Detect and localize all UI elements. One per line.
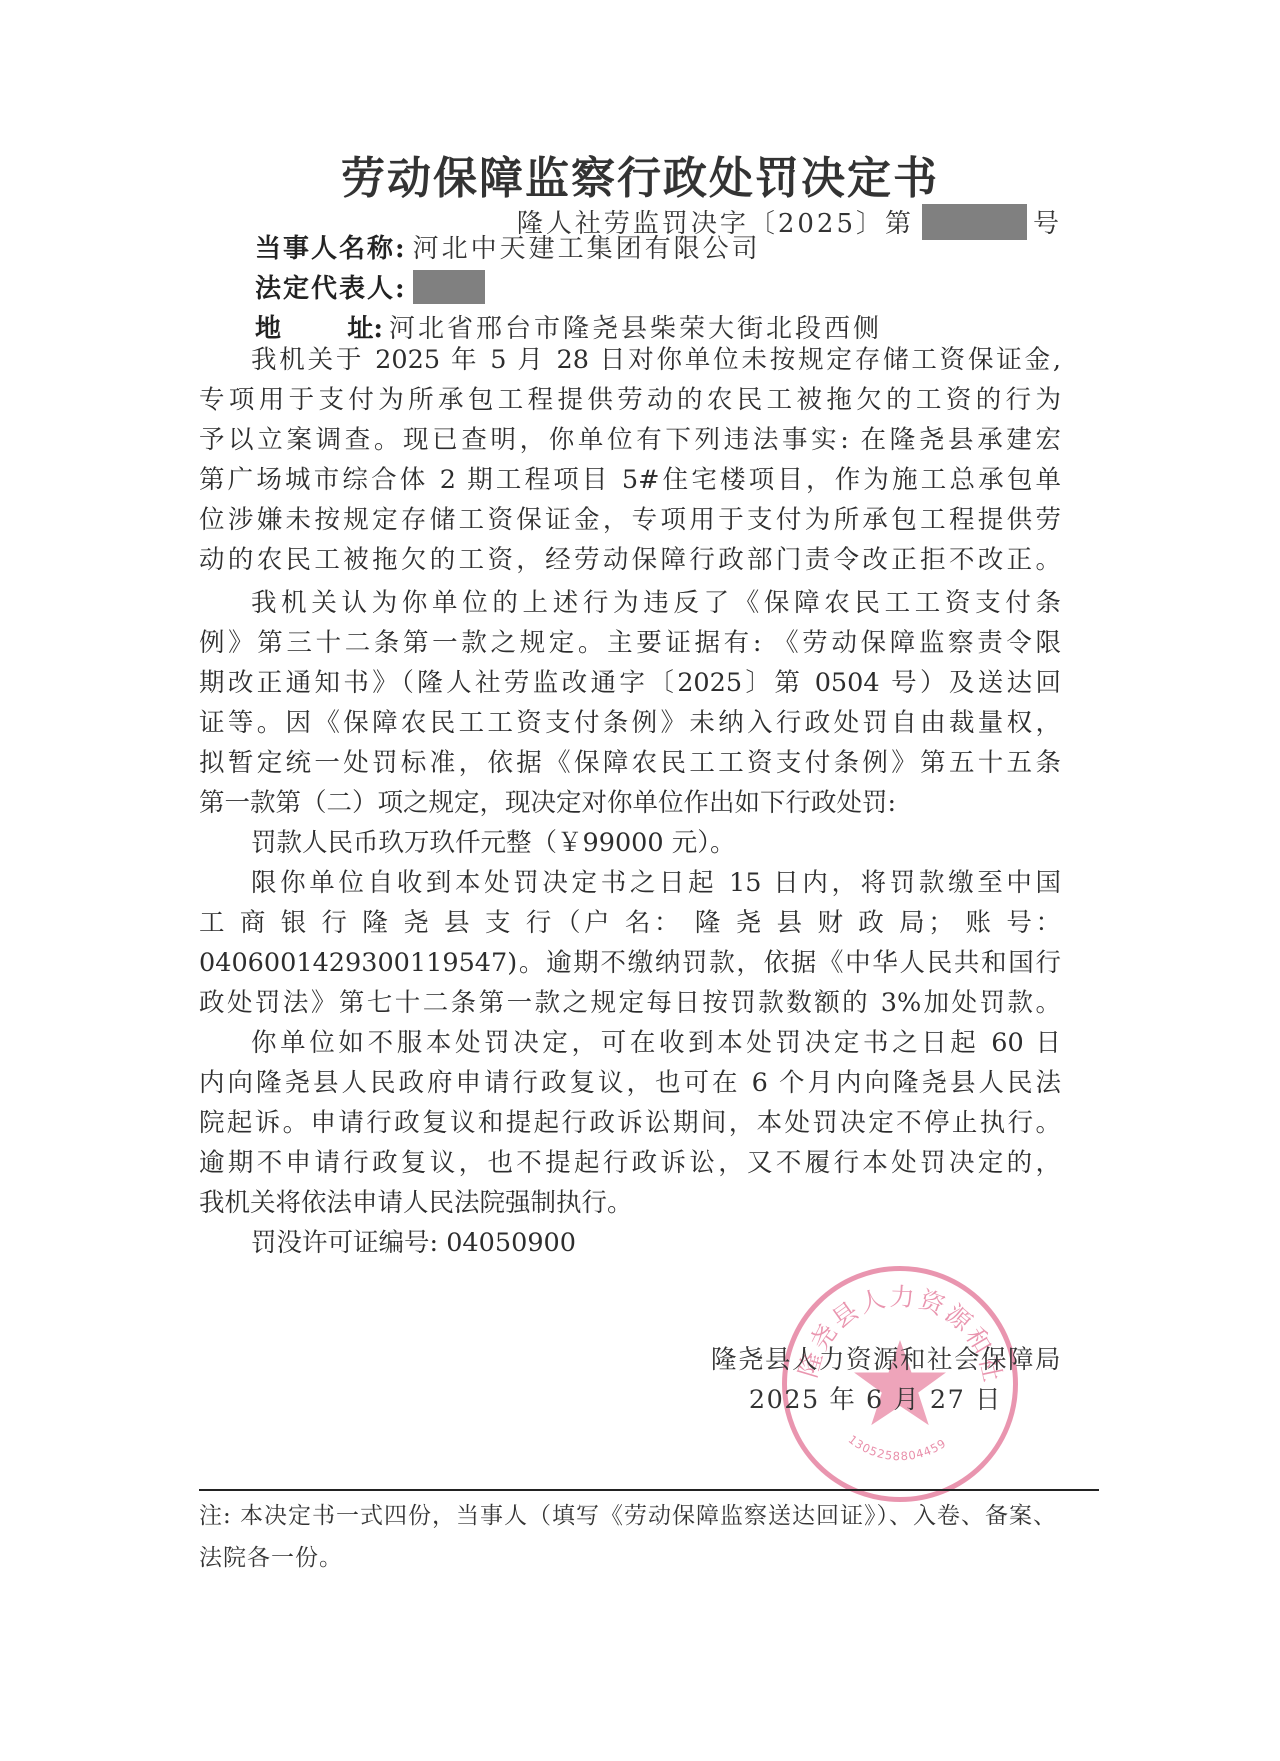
text-line: 拟暂定统一处罚标准，依据《保障农民工工资支付条例》第五十五条 [199, 743, 1061, 783]
text-line: 第一款第（二）项之规定，现决定对你单位作出如下行政处罚: [199, 783, 1061, 823]
text-line: 内向隆尧县人民政府申请行政复议，也可在 6 个月内向隆尧县人民法 [199, 1063, 1061, 1103]
text-line: 期改正通知书》（隆人社劳监改通字〔2025〕第 0504 号）及送达回 [199, 663, 1061, 703]
license-number-text: 罚没许可证编号: 04050900 [199, 1223, 1061, 1263]
text-line: 我机关认为你单位的上述行为违反了《保障农民工工资支付条 [199, 583, 1061, 623]
document-page: 劳动保障监察行政处罚决定书 隆人社劳监罚决字〔2025〕第 号 当事人名称: 河… [0, 0, 1280, 1761]
text-line: 予以立案调查。现已查明，你单位有下列违法事实: 在隆尧县承建宏 [199, 420, 1061, 460]
redaction-box [922, 204, 1027, 240]
text-line-account: 0406001429300119547)。逾期不缴纳罚款，依据《中华人民共和国行 [199, 943, 1061, 983]
body-paragraph-appeal: 你单位如不服本处罚决定，可在收到本处罚决定书之日起 60 日 内向隆尧县人民政府… [199, 1023, 1061, 1223]
legal-rep-label: 法定代表人: [255, 268, 407, 305]
text-line: 我机关将依法申请人民法院强制执行。 [199, 1183, 1061, 1223]
text-line: 院起诉。申请行政复议和提起行政诉讼期间，本处罚决定不停止执行。 [199, 1103, 1061, 1143]
body-paragraph-facts: 我机关于 2025 年 5 月 28 日对你单位未按规定存储工资保证金, 专项用… [199, 340, 1061, 580]
footnote-line: 法院各一份。 [199, 1537, 1099, 1579]
party-name-value: 河北中天建工集团有限公司 [413, 228, 761, 265]
penalty-statement: 罚款人民币玖万玖仟元整（￥99000 元）。 [199, 823, 1061, 863]
body-paragraph-violation: 我机关认为你单位的上述行为违反了《保障农民工工资支付条 例》第三十二条第一款之规… [199, 583, 1061, 823]
text-line: 政处罚法》第七十二条第一款之规定每日按罚款数额的 3%加处罚款。 [199, 983, 1061, 1023]
text-line: 第广场城市综合体 2 期工程项目 5#住宅楼项目，作为施工总承包单 [199, 460, 1061, 500]
text-line: 专项用于支付为所承包工程提供劳动的农民工被拖欠的工资的行为 [199, 380, 1061, 420]
text-line: 我机关于 2025 年 5 月 28 日对你单位未按规定存储工资保证金, [199, 340, 1061, 380]
text-line: 逾期不申请行政复议，也不提起行政诉讼，又不履行本处罚决定的， [199, 1143, 1061, 1183]
document-number-suffix: 号 [1033, 203, 1062, 240]
license-number: 罚没许可证编号: 04050900 [199, 1223, 1061, 1263]
svg-text:1305258804459: 1305258804459 [846, 1432, 949, 1463]
text-line: 位涉嫌未按规定存储工资保证金，专项用于支付为所承包工程提供劳 [199, 500, 1061, 540]
text-line: 你单位如不服本处罚决定，可在收到本处罚决定书之日起 60 日 [199, 1023, 1061, 1063]
text-line: 动的农民工被拖欠的工资，经劳动保障行政部门责令改正拒不改正。 [199, 540, 1061, 580]
account-number: 0406001429300119547 [199, 948, 507, 978]
body-paragraph-payment: 限你单位自收到本处罚决定书之日起 15 日内，将罚款缴至中国 工 商 银 行 隆… [199, 863, 1061, 1023]
text-line: 工 商 银 行 隆 尧 县 支 行（户 名： 隆 尧 县 财 政 局； 账 号： [199, 903, 1061, 943]
issue-date: 2025 年 6 月 27 日 [672, 1380, 1062, 1420]
party-name-field: 当事人名称: 河北中天建工集团有限公司 [255, 228, 761, 265]
document-title: 劳动保障监察行政处罚决定书 [0, 142, 1280, 206]
footnote: 注: 本决定书一式四份，当事人（填写《劳动保障监察送达回证》）、入卷、备案、 法… [199, 1495, 1099, 1579]
redaction-box [413, 270, 485, 304]
party-name-label: 当事人名称: [255, 228, 407, 265]
text-line: 证等。因《保障农民工工资支付条例》未纳入行政处罚自由裁量权， [199, 703, 1061, 743]
signature-block: 隆尧县人力资源和社会保障局 2025 年 6 月 27 日 [672, 1340, 1062, 1420]
legal-rep-field: 法定代表人: [255, 268, 485, 305]
footnote-divider [199, 1489, 1099, 1491]
text-line: 例》第三十二条第一款之规定。主要证据有: 《劳动保障监察责令限 [199, 623, 1061, 663]
text-line: 限你单位自收到本处罚决定书之日起 15 日内，将罚款缴至中国 [199, 863, 1061, 903]
penalty-amount-text: 罚款人民币玖万玖仟元整（￥99000 元）。 [199, 823, 1061, 863]
footnote-line: 注: 本决定书一式四份，当事人（填写《劳动保障监察送达回证》）、入卷、备案、 [199, 1495, 1099, 1537]
issuing-authority: 隆尧县人力资源和社会保障局 [672, 1340, 1062, 1380]
